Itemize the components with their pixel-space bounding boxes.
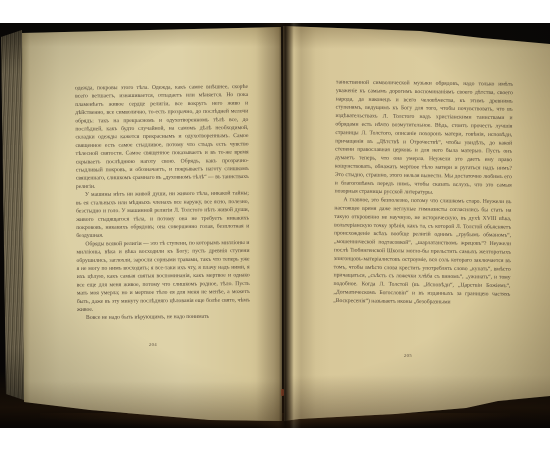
paragraph: А главное, это безполезно, потому что сл… xyxy=(333,196,511,307)
paragraph: У машины нѣтъ ни живой души, ни живого т… xyxy=(76,189,249,240)
right-page-number: 205 xyxy=(398,353,418,358)
left-page-number: 204 xyxy=(143,342,163,347)
paragraph: Вовсе не надо быть вѣрующимъ, не надо по… xyxy=(77,312,250,322)
screenshot: одежда, покровы этого тѣла. Одежда, какъ… xyxy=(0,0,550,450)
paragraph: таинственной символической музыки обрядо… xyxy=(335,78,513,198)
paragraph: Обряды всякой религіи — это тѣ ступени, … xyxy=(76,238,250,313)
book-photo: одежда, покровы этого тѣла. Одежда, какъ… xyxy=(0,23,550,428)
paragraph: одежда, покровы этого тѣла. Одежда, какъ… xyxy=(75,82,249,190)
gutter-binding-mark xyxy=(281,389,284,396)
right-page-text: таинственной символической музыки обрядо… xyxy=(333,78,513,307)
left-page-text: одежда, покровы этого тѣла. Одежда, какъ… xyxy=(75,82,250,321)
